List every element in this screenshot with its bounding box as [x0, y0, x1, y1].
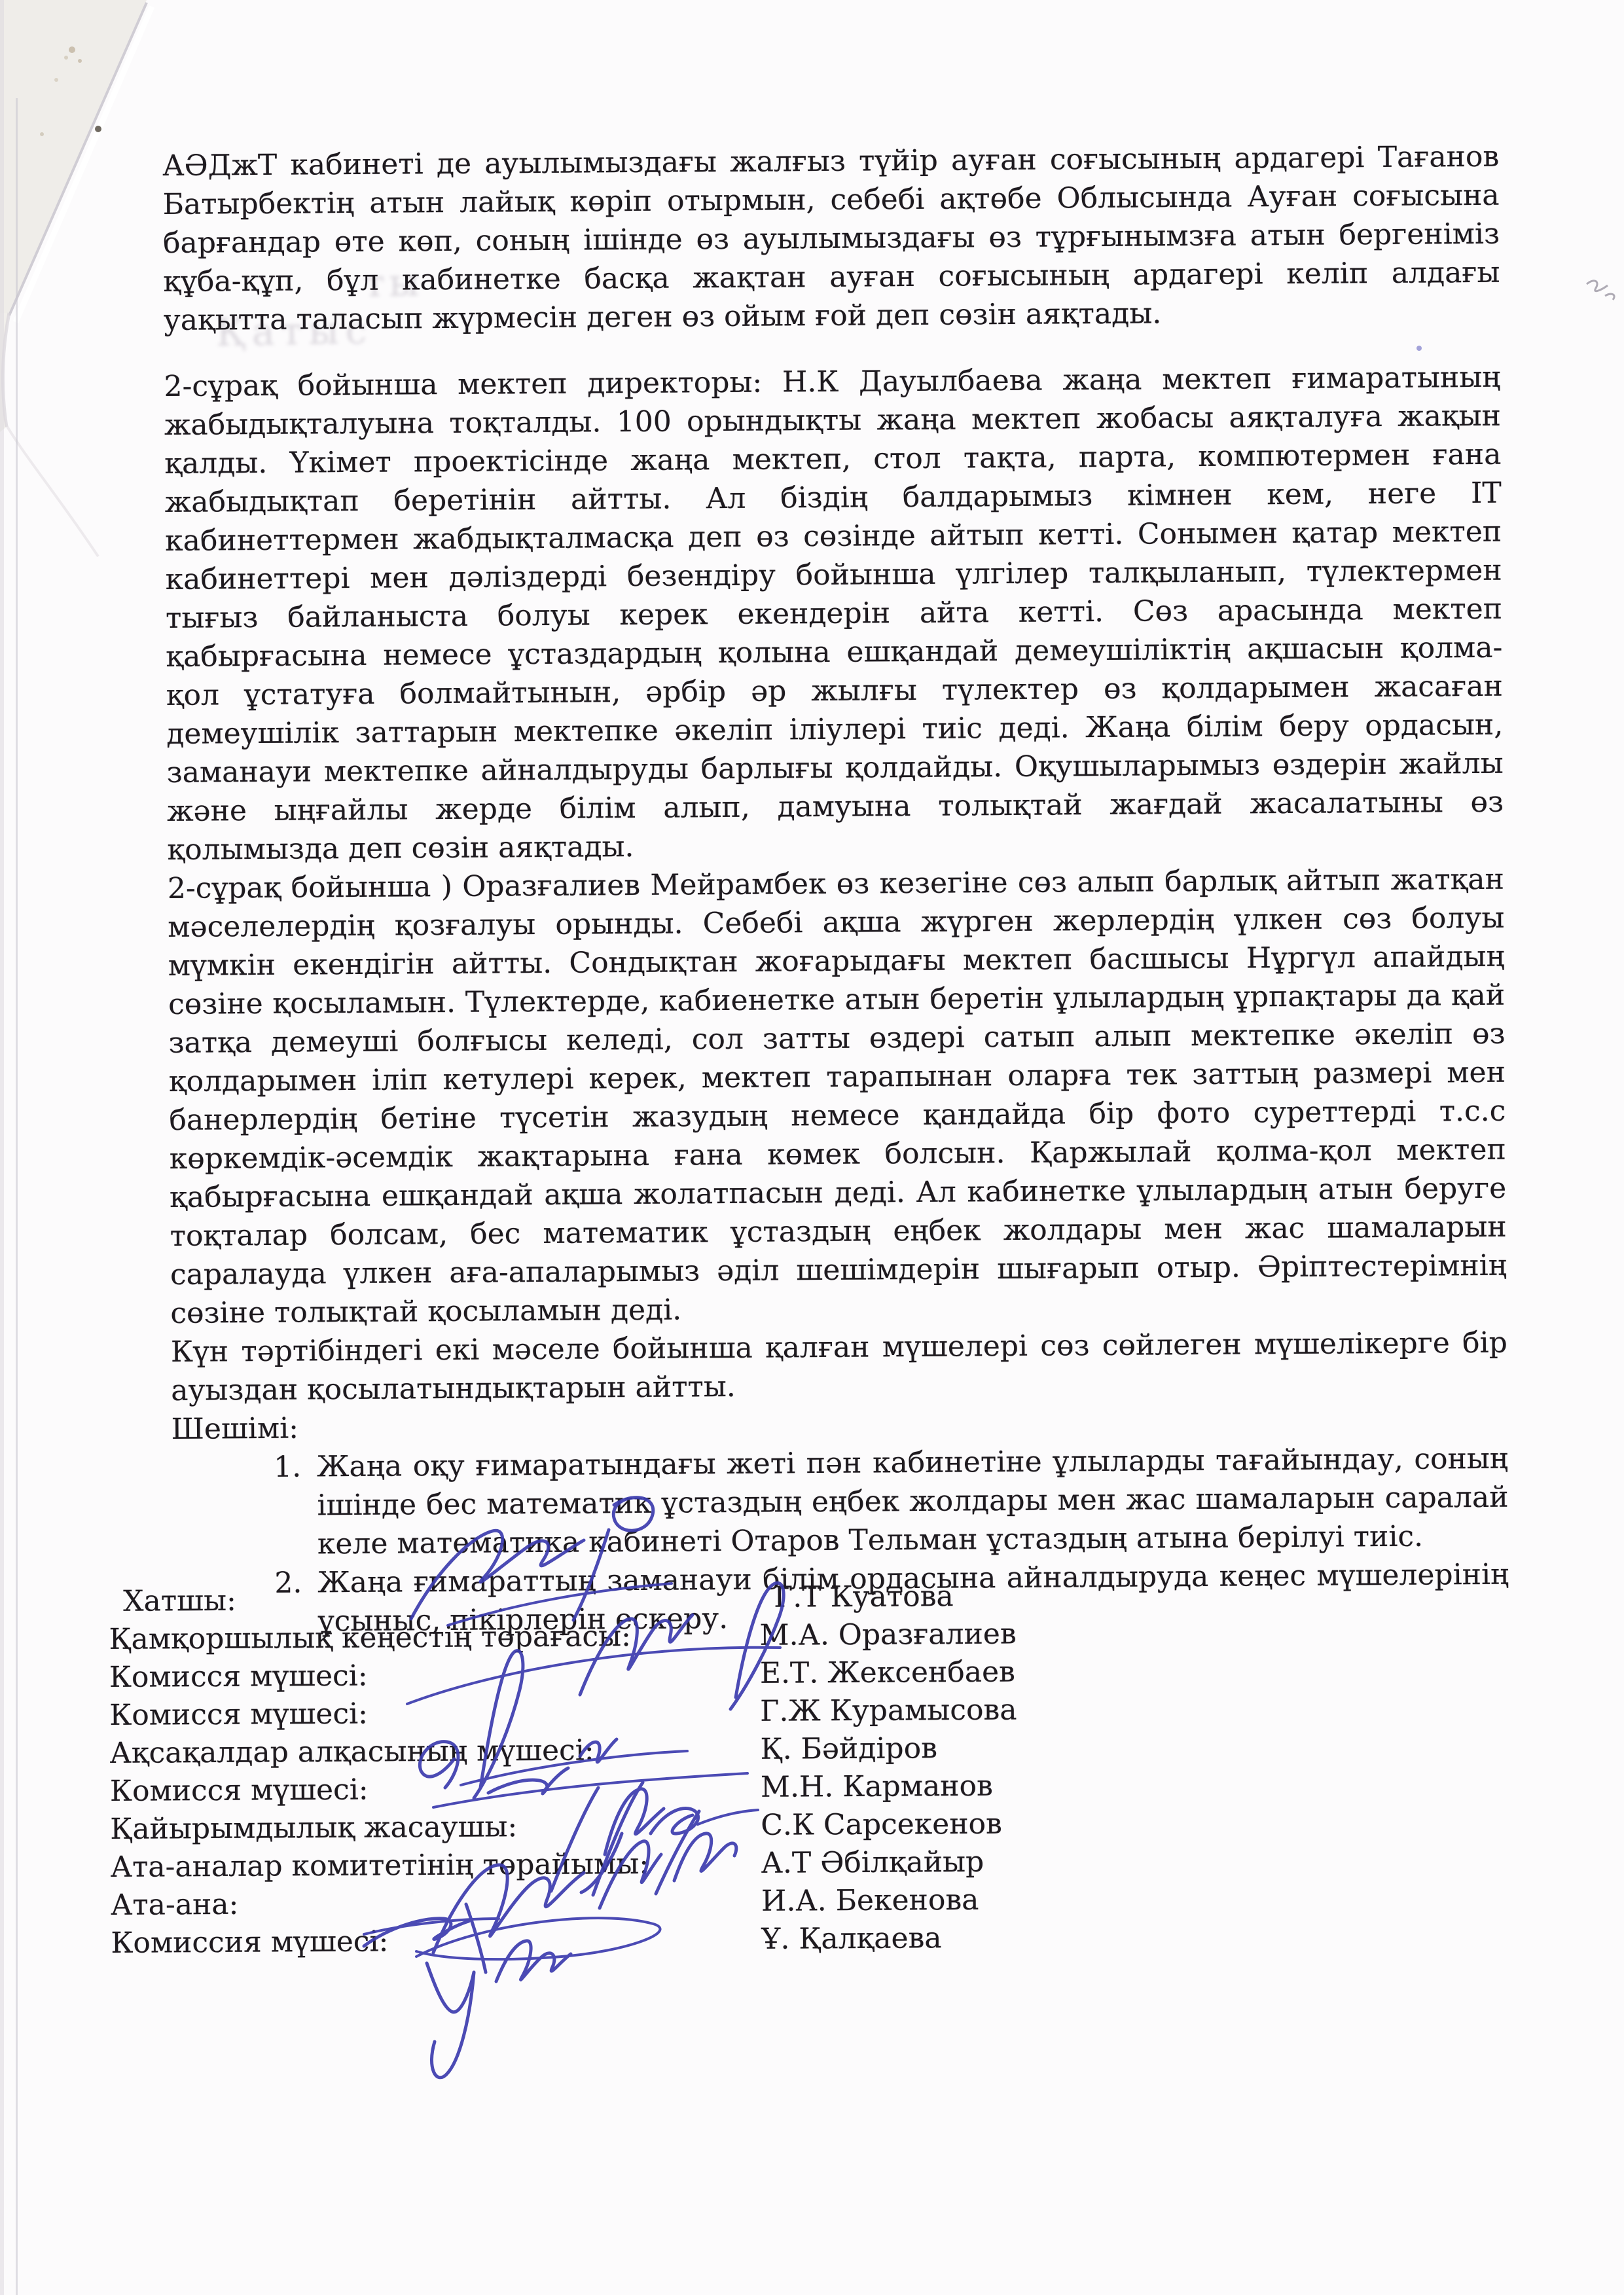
- left-edge-shade: [0, 0, 4, 2295]
- signature-name: Ұ. Қалқаева: [761, 1919, 942, 1959]
- speck: [69, 46, 75, 53]
- page-fold-edge: [9, 3, 147, 316]
- signature-name: Г.Т Куатова: [774, 1578, 954, 1617]
- paragraph: Күн тәртібіндегі екі мәселе бойынша қалғ…: [171, 1324, 1508, 1410]
- signature-name: Е.Т. Жексенбаев: [760, 1653, 1015, 1693]
- speck: [78, 59, 82, 63]
- left-edge-line: [16, 98, 18, 2295]
- decision-item: Жаңа оқу ғимаратындағы жеті пән кабинеті…: [310, 1439, 1509, 1564]
- pencil-mark: [1587, 281, 1614, 300]
- signature-name: Г.Ж Курамысова: [760, 1691, 1017, 1731]
- signature-row: Комисся мүшесі: Г.Ж Курамысова: [109, 1690, 1222, 1735]
- signature-row: Комисся мүшесі: М.Н. Карманов: [110, 1766, 1223, 1811]
- signature-row: Комиссия мүшесі: Ұ. Қалқаева: [111, 1918, 1223, 1962]
- signature-block: Хатшы: Г.Т Куатова Қамқоршылық кеңестің …: [109, 1576, 1224, 1962]
- paragraph: 2-сұрақ бойынша ) Оразғалиев Мейрамбек ө…: [168, 860, 1507, 1333]
- signature-row: Хатшы: Г.Т Куатова: [109, 1576, 1221, 1621]
- paragraph: 2-сұрақ бойынша мектеп директоры: Н.К Да…: [164, 358, 1504, 869]
- speck: [54, 78, 58, 82]
- signature-row: Ата-аналар комитетінің төрайымы: А.Т Әбі…: [110, 1842, 1223, 1887]
- signature-role: Ата-ана:: [111, 1883, 761, 1925]
- signature-role: Қамқоршылық кеңестің төрағасы:: [109, 1617, 759, 1659]
- signature-row: Қайырымдылық жасаушы: С.К Сарсекенов: [110, 1804, 1223, 1849]
- page-fold-lower-line: [7, 425, 98, 556]
- speck: [40, 132, 44, 136]
- signature-role: Ақсақалдар алқасының мүшесі:: [109, 1731, 760, 1773]
- page-fold-highlight: [16, 7, 152, 322]
- speck: [95, 126, 101, 132]
- signature-role: Хатшы:: [109, 1579, 774, 1621]
- signature-row: Ата-ана: И.А. Бекенова: [111, 1880, 1223, 1925]
- signature-role: Комисся мүшесі:: [110, 1769, 761, 1811]
- document-body: АӘДжТ кабинеті де ауылымыздағы жалғыз тү…: [162, 137, 1509, 1642]
- speck: [64, 56, 68, 60]
- signature-name: М.А. Оразғалиев: [759, 1616, 1017, 1655]
- signature-name: С.К Сарсекенов: [761, 1805, 1002, 1845]
- signature-row: Қамқоршылық кеңестің төрағасы: М.А. Ораз…: [109, 1614, 1221, 1659]
- page-fold-curl: [0, 313, 9, 432]
- signature-ink-kalkaeva: [427, 1963, 474, 2012]
- signature-role: Ата-аналар комитетінің төрайымы:: [110, 1845, 761, 1887]
- signature-row: Комисся мүшесі: Е.Т. Жексенбаев: [109, 1652, 1222, 1697]
- signature-name: А.Т Әбілқайыр: [761, 1843, 984, 1883]
- page-fold-curl-line: [3, 313, 9, 427]
- signature-name: Қ. Бәйдіров: [760, 1729, 937, 1769]
- signature-role: Комиссия мүшесі:: [111, 1921, 761, 1962]
- signature-role: Қайырымдылық жасаушы:: [110, 1807, 761, 1849]
- signature-role: Комисся мүшесі:: [109, 1655, 760, 1697]
- signature-name: И.А. Бекенова: [761, 1881, 979, 1921]
- signature-ink-kalkaeva: [431, 1972, 474, 2078]
- scanned-document-page: ты Қатыс АӘДжТ кабинеті де ауылымыздағы …: [0, 0, 1624, 2295]
- page-fold-corner: [0, 0, 147, 374]
- signature-name: М.Н. Карманов: [761, 1767, 993, 1807]
- signature-role: Комисся мүшесі:: [109, 1693, 760, 1735]
- signature-row: Ақсақалдар алқасының мүшесі: Қ. Бәйдіров: [109, 1728, 1222, 1773]
- paragraph: АӘДжТ кабинеті де ауылымыздағы жалғыз тү…: [162, 137, 1500, 340]
